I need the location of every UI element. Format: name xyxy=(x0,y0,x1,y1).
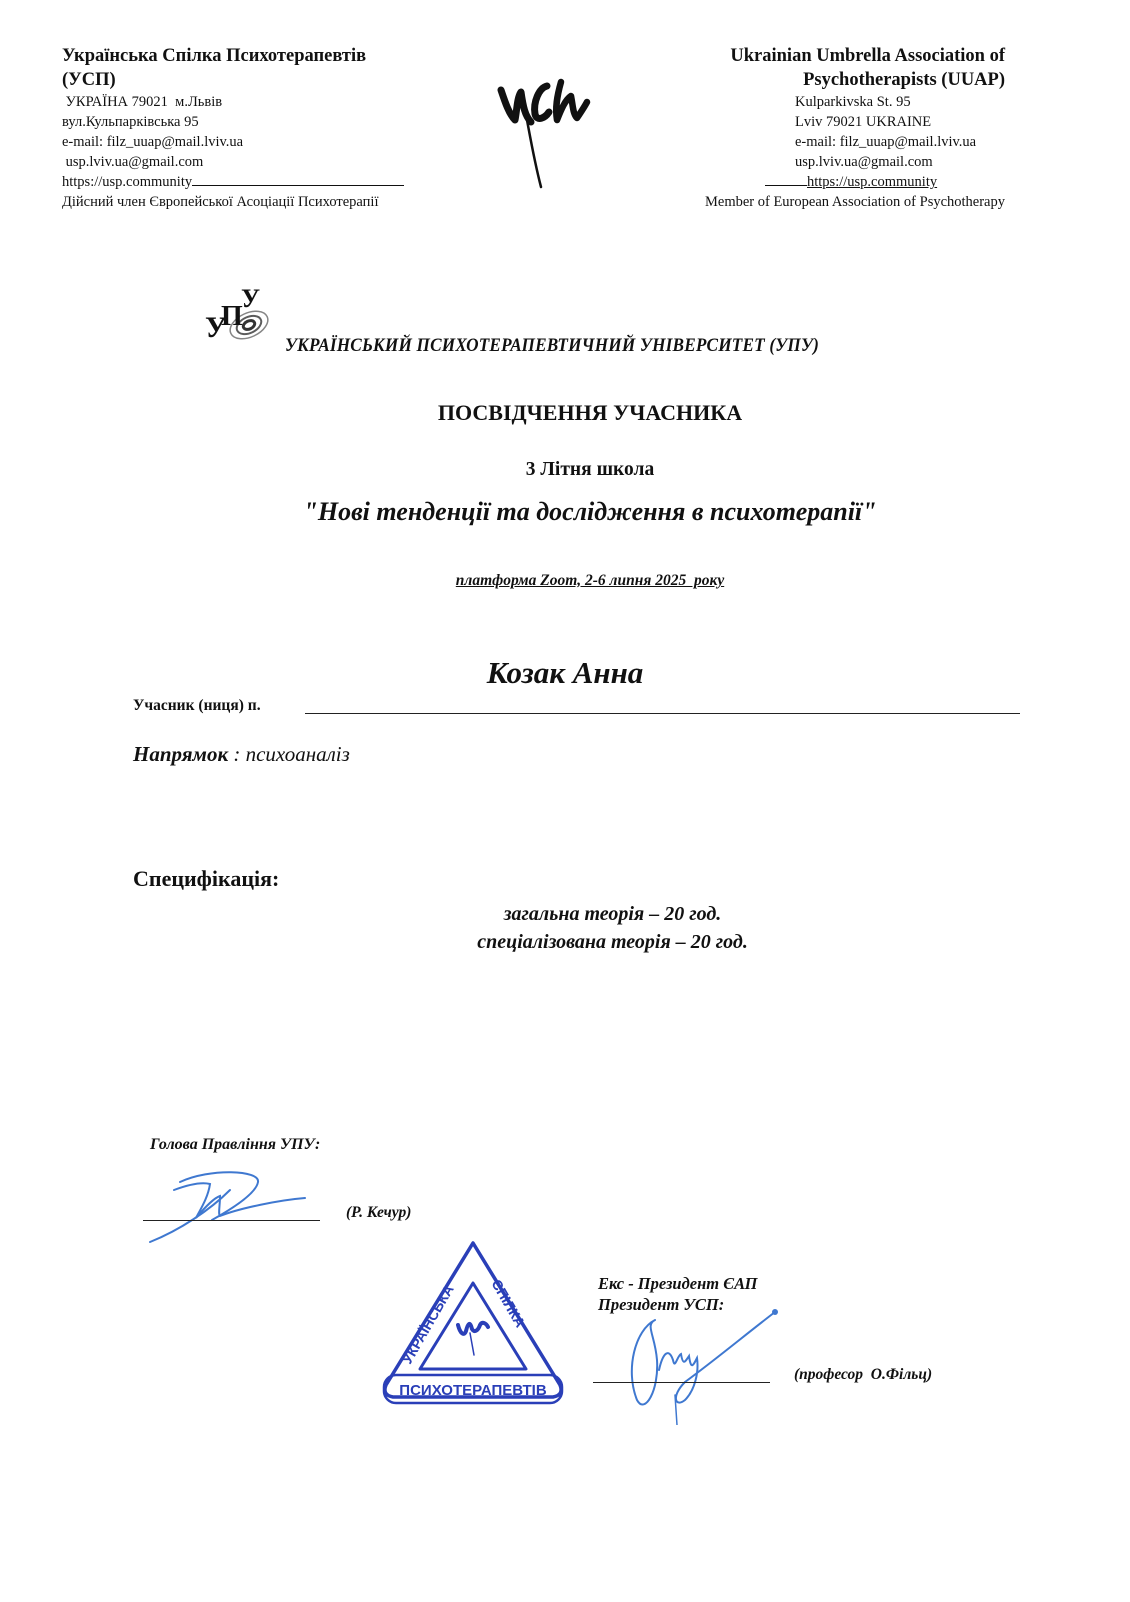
email-en-1[interactable]: e-mail: filz_uuap@mail.lviv.ua xyxy=(705,132,1005,152)
participant-name-line xyxy=(305,713,1020,714)
platform-dates: платформа Zoom, 2-6 липня 2025 року xyxy=(0,572,1130,590)
usp-logo-icon xyxy=(495,72,595,192)
email-en-2[interactable]: usp.lviv.ua@gmail.com xyxy=(705,152,1005,172)
university-name: УКРАЇНСЬКИЙ ПСИХОТЕРАПЕВТИЧНИЙ УНІВЕРСИТ… xyxy=(285,336,819,357)
upu-logo-icon: У П У xyxy=(203,285,283,355)
membership-en: Member of European Association of Psycho… xyxy=(705,192,1005,212)
website-en-underline xyxy=(765,185,807,186)
spec-item-specialized: спеціалізована теорія – 20 год. xyxy=(0,928,1130,956)
direction-row: Напрямок : психоаналіз xyxy=(133,742,350,767)
svg-text:П: П xyxy=(221,301,243,332)
org-name-ua: Українська Спілка Психотерапевтів xyxy=(62,44,404,68)
website-en[interactable]: https://usp.community xyxy=(807,174,937,190)
header-right: Ukrainian Umbrella Association of Psycho… xyxy=(705,44,1005,212)
certificate-title: ПОСВІДЧЕННЯ УЧАСНИКА xyxy=(0,400,1130,426)
chair-signature-icon xyxy=(140,1160,320,1245)
stamp-bottom-text: ПСИХОТЕРАПЕВТІВ xyxy=(399,1382,547,1399)
school-theme: "Нові тенденції та дослідження в психоте… xyxy=(0,497,1130,527)
direction-value: : психоаналіз xyxy=(228,742,350,766)
address-ua-1: УКРАЇНА 79021 м.Львів xyxy=(62,92,404,112)
email-ua-2[interactable]: usp.lviv.ua@gmail.com xyxy=(62,152,404,172)
header-left: Українська Спілка Психотерапевтів (УСП) … xyxy=(62,44,404,212)
membership-ua: Дійсний член Європейської Асоціації Псих… xyxy=(62,192,404,212)
spec-item-general: загальна теорія – 20 год. xyxy=(0,900,1130,928)
org-abbr-en: Psychotherapists (UUAP) xyxy=(705,68,1005,92)
email-ua-1[interactable]: e-mail: filz_uuap@mail.lviv.ua xyxy=(62,132,404,152)
chair-signature-line xyxy=(143,1220,320,1221)
direction-label: Напрямок xyxy=(133,742,228,766)
address-en-1: Kulparkivska St. 95 xyxy=(705,92,1005,112)
president-signature-icon xyxy=(615,1300,795,1425)
website-en-row: https://usp.community xyxy=(705,172,1005,192)
president-title-eap: Екс - Президент ЄАП xyxy=(598,1273,758,1294)
participant-name: Козак Анна xyxy=(0,655,1130,691)
website-ua-row: https://usp.community xyxy=(62,172,404,192)
president-name: (професор О.Фільц) xyxy=(794,1366,932,1384)
address-en-2: Lviv 79021 UKRAINE xyxy=(705,112,1005,132)
website-underline xyxy=(192,185,404,186)
website-ua[interactable]: https://usp.community xyxy=(62,174,192,190)
specification-list: загальна теорія – 20 год. спеціалізована… xyxy=(0,900,1130,956)
president-signature-line xyxy=(593,1382,770,1383)
address-ua-2: вул.Кульпарківська 95 xyxy=(62,112,404,132)
chair-title: Голова Правління УПУ: xyxy=(150,1136,320,1154)
participant-label: Учасник (ниця) п. xyxy=(133,697,261,715)
specification-label: Специфікація: xyxy=(133,866,279,892)
stamp-icon: УКРАЇНСЬКА СПІЛКА ПСИХОТЕРАПЕВТІВ xyxy=(378,1235,568,1410)
stamp-right-text: СПІЛКА xyxy=(488,1277,528,1331)
org-abbr-ua: (УСП) xyxy=(62,68,404,92)
school-name: 3 Літня школа xyxy=(0,459,1130,481)
org-name-en: Ukrainian Umbrella Association of xyxy=(705,44,1005,68)
svg-text:У: У xyxy=(241,285,260,313)
chair-name: (Р. Кечур) xyxy=(346,1204,411,1222)
